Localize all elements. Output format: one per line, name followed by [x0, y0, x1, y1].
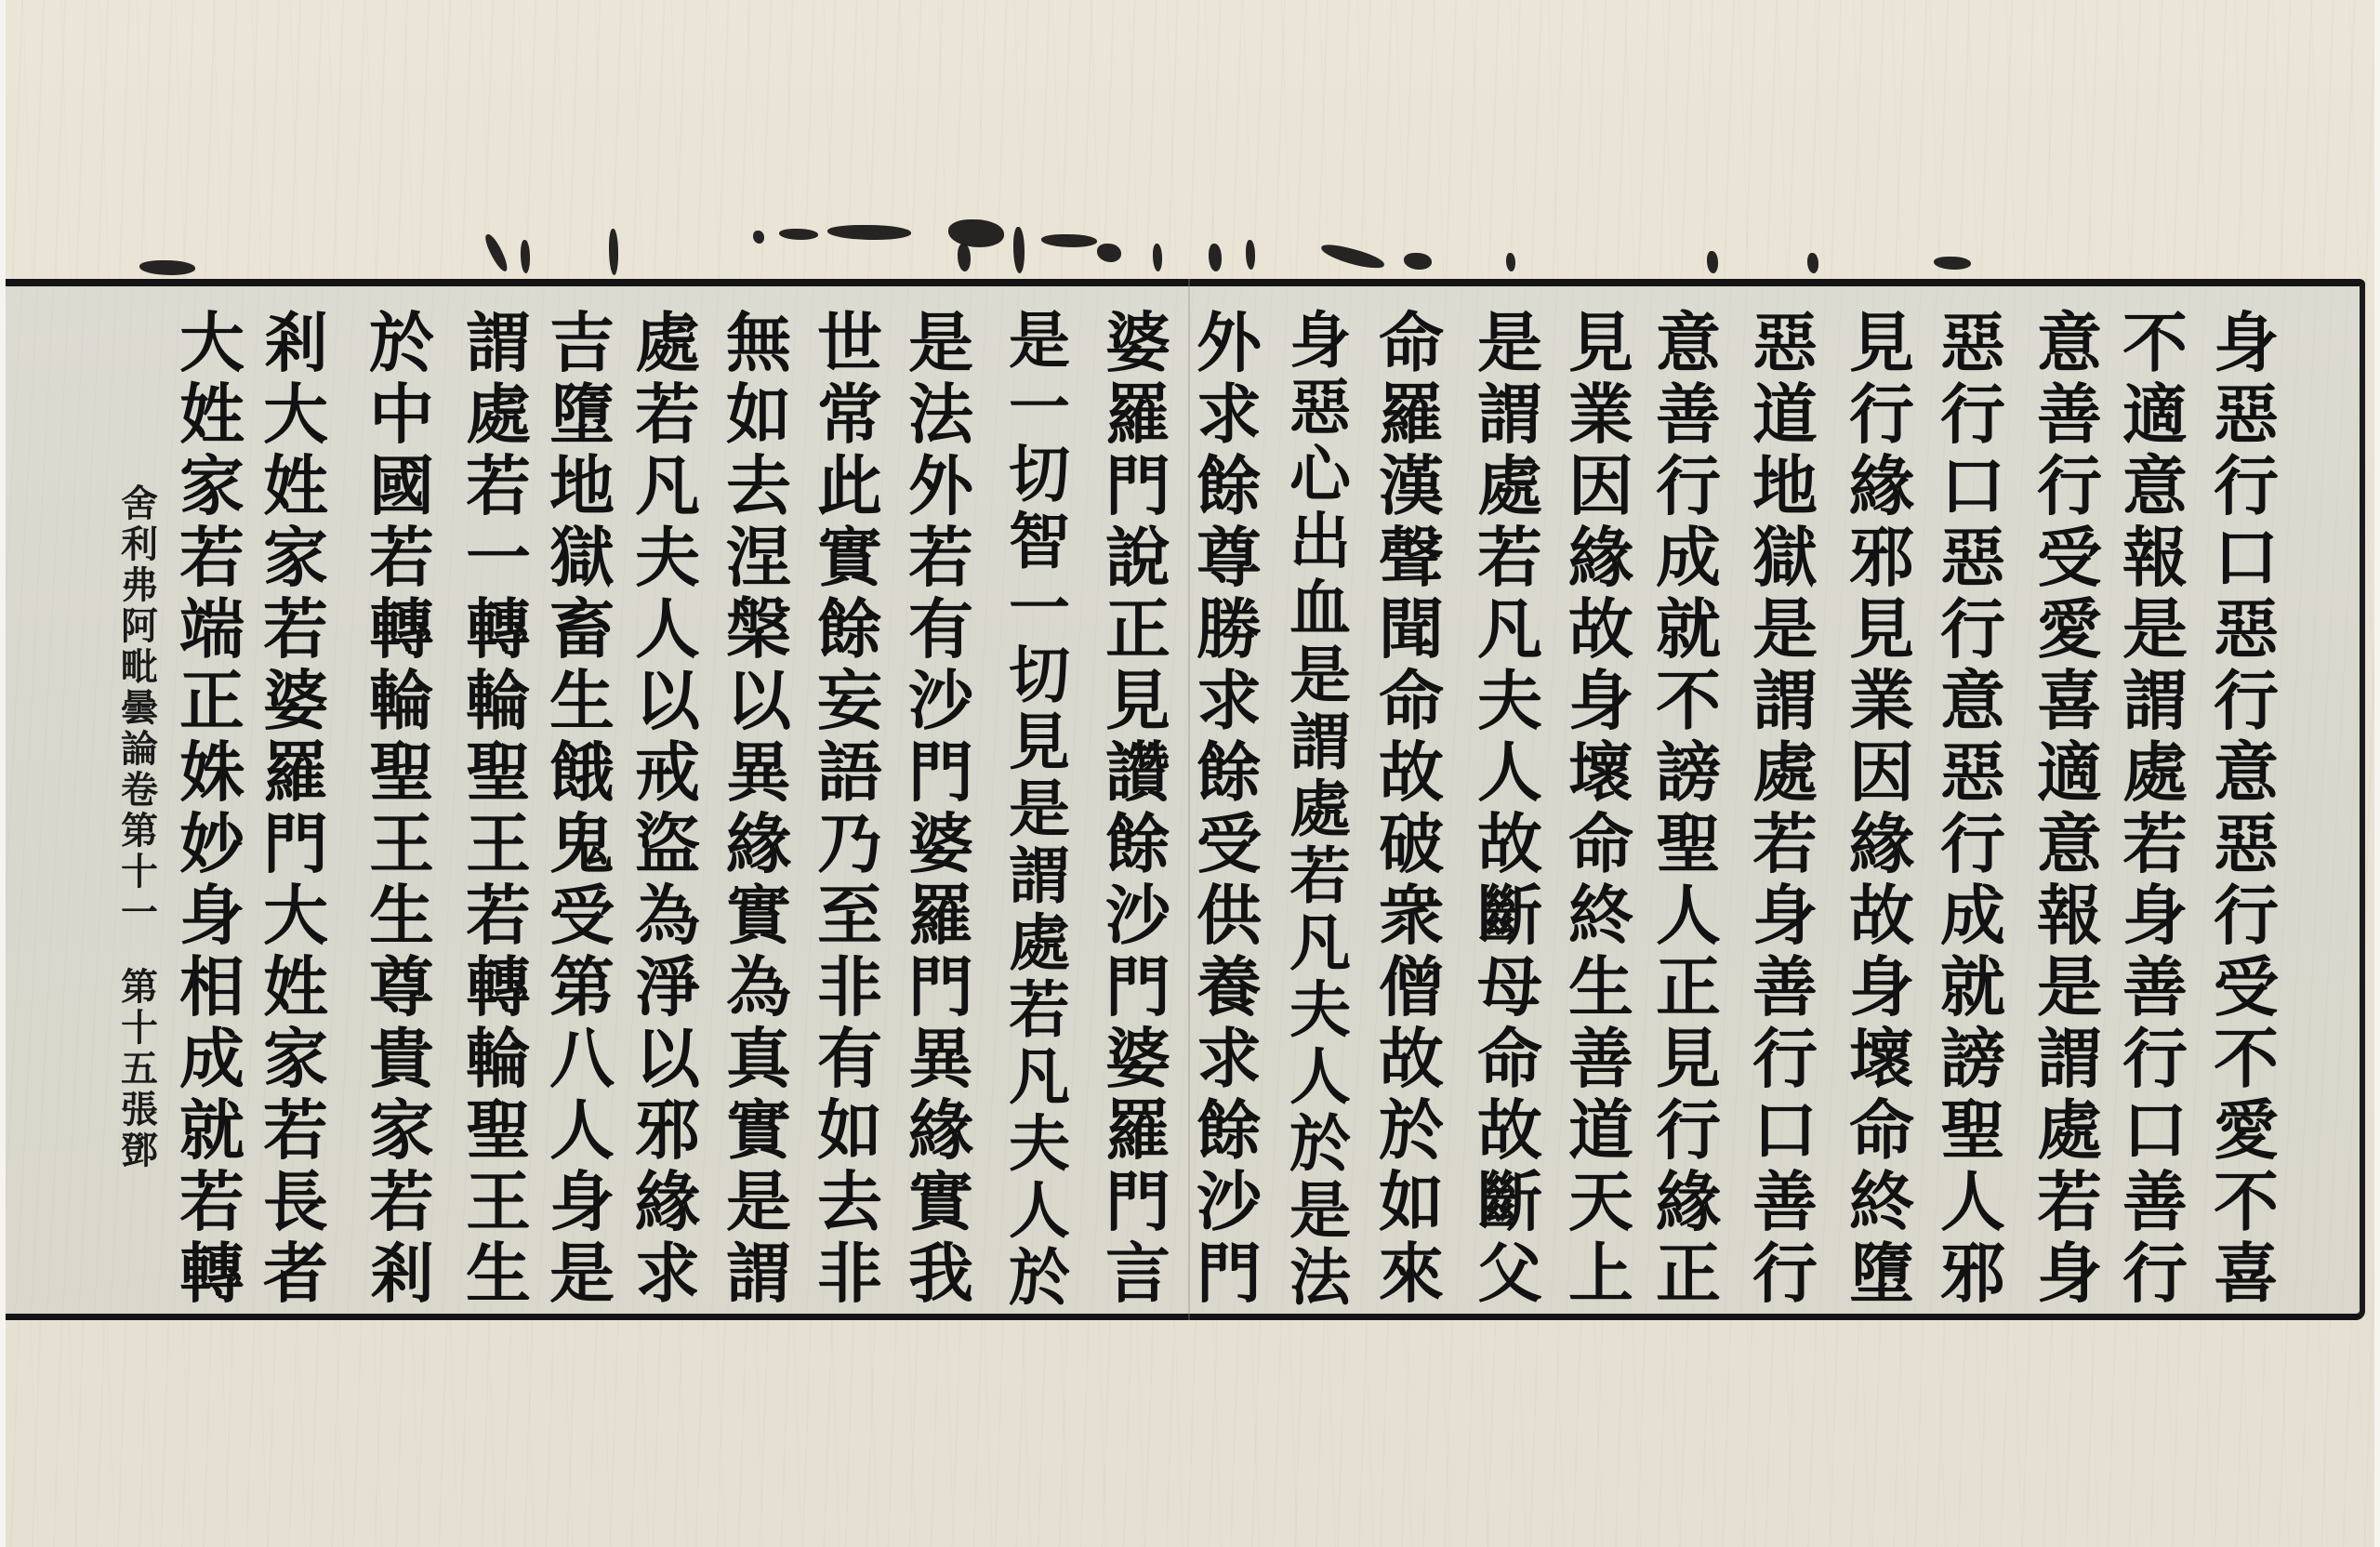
character: 羅	[263, 736, 328, 808]
ink-mark	[1506, 253, 1515, 271]
character: 聖	[466, 1094, 531, 1166]
character: 行	[1656, 1094, 1721, 1166]
character: 行	[2214, 450, 2279, 522]
character: 行	[1940, 593, 2005, 665]
character: 處	[2037, 1094, 2102, 1166]
character: 口	[1940, 450, 2005, 522]
character: 凡	[635, 450, 700, 522]
character: 人	[635, 593, 700, 665]
character: 處	[2122, 736, 2188, 808]
character: 受	[549, 879, 615, 951]
character: 婆	[263, 665, 328, 736]
character: 命	[1379, 307, 1444, 378]
character: 供	[1197, 879, 1262, 951]
ink-mark	[827, 225, 911, 240]
character: 緣	[1849, 450, 1914, 522]
character: 言	[1105, 1237, 1170, 1309]
text-column: 世常此實餘妄語乃至非有如去非	[805, 307, 894, 1316]
character: 意	[2037, 307, 2102, 378]
character: 謂	[2037, 1023, 2102, 1094]
character: 家	[263, 1023, 328, 1094]
margin-character: 第	[121, 967, 158, 1008]
character: 身	[1849, 951, 1914, 1023]
character: 不	[1656, 665, 1721, 736]
character: 一	[466, 522, 531, 593]
character: 姓	[263, 450, 328, 522]
character: 為	[726, 951, 791, 1023]
character: 謂	[2122, 665, 2188, 736]
text-column: 無如去涅槃以異緣實為真實是謂	[714, 307, 803, 1316]
character: 若	[908, 522, 973, 593]
character: 獄	[1752, 522, 1818, 593]
character: 身	[1568, 665, 1633, 736]
character: 王	[466, 808, 531, 879]
character: 善	[1752, 951, 1818, 1023]
ink-mark	[1097, 244, 1121, 262]
character: 若	[179, 1166, 245, 1237]
margin-character: 阿	[121, 606, 158, 647]
character: 意	[2122, 450, 2188, 522]
character: 一	[1009, 374, 1070, 441]
character: 善	[1752, 1166, 1818, 1237]
character: 身	[2122, 879, 2188, 951]
character: 處	[1752, 736, 1818, 808]
margin-character: 張	[121, 1090, 158, 1130]
character: 惡	[1940, 307, 2005, 378]
character: 身	[179, 879, 245, 951]
character: 吉	[549, 307, 615, 378]
character: 餘	[817, 593, 882, 665]
character: 處	[1477, 450, 1542, 522]
character: 處	[466, 378, 531, 450]
character: 是	[549, 1237, 615, 1309]
character: 實	[726, 879, 791, 951]
character: 切	[1009, 641, 1070, 708]
character: 惡	[2214, 593, 2279, 665]
character: 外	[1197, 307, 1262, 378]
text-column: 婆羅門說正見讚餘沙門婆羅門言	[1093, 307, 1183, 1316]
character: 墮	[549, 378, 615, 450]
character: 不	[2214, 1023, 2279, 1094]
character: 謂	[466, 307, 531, 378]
character: 夫	[1477, 665, 1542, 736]
text-column: 是謂處若凡夫人故斷母命故斷父	[1465, 307, 1554, 1316]
character: 非	[817, 1237, 882, 1309]
character: 是	[1289, 1177, 1351, 1244]
margin-character: 五	[121, 1049, 158, 1090]
character: 實	[726, 1094, 791, 1166]
character: 地	[549, 450, 615, 522]
character: 正	[1656, 1237, 1721, 1309]
character: 羅	[1105, 378, 1170, 450]
character: 善	[1656, 378, 1721, 450]
margin-character: 弗	[121, 565, 158, 606]
character: 餘	[1197, 1094, 1262, 1166]
character: 見	[1656, 1023, 1721, 1094]
character: 身	[549, 1166, 615, 1237]
character: 心	[1289, 441, 1351, 508]
character: 喜	[2037, 665, 2102, 736]
character: 常	[817, 378, 882, 450]
character: 以	[635, 665, 700, 736]
character: 若	[263, 593, 328, 665]
character: 實	[817, 522, 882, 593]
character: 智	[1009, 508, 1070, 575]
character: 人	[549, 1094, 615, 1166]
character: 轉	[466, 951, 531, 1023]
character: 人	[1656, 879, 1721, 951]
character: 法	[1289, 1244, 1351, 1311]
character: 家	[263, 522, 328, 593]
character: 是	[908, 307, 973, 378]
character: 口	[1752, 1094, 1818, 1166]
character: 斷	[1477, 1166, 1542, 1237]
character: 如	[1379, 1166, 1444, 1237]
character: 不	[2122, 307, 2188, 378]
text-column: 意善行成就不謗聖人正見行緣正	[1644, 307, 1733, 1316]
character: 聲	[1379, 522, 1444, 593]
character: 切	[1009, 441, 1070, 508]
character: 適	[2122, 378, 2188, 450]
text-column: 謂處若一轉輪聖王若轉輪聖王生	[454, 307, 543, 1316]
text-column: 吉墮地獄畜生餓鬼受第八人身是	[537, 307, 627, 1316]
margin-character: 曇	[121, 688, 158, 729]
character: 邪	[635, 1094, 700, 1166]
character: 於	[369, 307, 434, 378]
character: 凡	[1009, 1043, 1070, 1110]
character: 緣	[1568, 522, 1633, 593]
character: 緣	[1849, 808, 1914, 879]
ink-mark	[958, 244, 971, 271]
character: 如	[817, 1094, 882, 1166]
text-column: 見業因緣故身壞命終生善道天上	[1556, 307, 1646, 1316]
character: 門	[908, 736, 973, 808]
text-column: 是法外若有沙門婆羅門異緣實我	[896, 307, 985, 1316]
character: 若	[466, 450, 531, 522]
text-column: 是一切智一切見是謂處若凡夫人於	[995, 307, 1084, 1316]
character: 意	[2214, 736, 2279, 808]
character: 若	[263, 1094, 328, 1166]
character: 惡	[1289, 374, 1351, 441]
manuscript-page: 身惡行口惡行意惡行受不愛不喜 不適意報是謂處若身善行口善行 意善行受愛喜適意報是…	[0, 0, 2380, 1547]
character: 命	[1849, 1094, 1914, 1166]
character: 戒	[635, 736, 700, 808]
margin-carver-name: 鄧	[121, 1130, 158, 1171]
character: 處	[635, 307, 700, 378]
character: 凡	[1477, 593, 1542, 665]
character: 婆	[908, 808, 973, 879]
margin-title: 舍利弗阿毗曇論卷第十一 第十五張 鄧	[113, 483, 165, 1171]
header-ink-marks	[0, 0, 2380, 279]
character: 不	[2214, 1166, 2279, 1237]
character: 因	[1568, 450, 1633, 522]
character: 善	[2037, 378, 2102, 450]
character: 人	[1940, 1166, 2005, 1237]
character: 餘	[1105, 808, 1170, 879]
character: 姓	[179, 378, 245, 450]
character: 行	[1752, 1237, 1818, 1309]
character: 求	[1197, 665, 1262, 736]
character: 故	[1379, 736, 1444, 808]
character: 命	[1568, 808, 1633, 879]
character: 非	[817, 951, 882, 1023]
character: 命	[1477, 1023, 1542, 1094]
character: 乃	[817, 808, 882, 879]
character: 若	[2122, 808, 2188, 879]
character: 聖	[369, 736, 434, 808]
character: 喜	[2214, 1237, 2279, 1309]
character: 門	[1105, 1166, 1170, 1237]
text-column: 惡道地獄是謂處若身善行口善行	[1740, 307, 1830, 1316]
character: 報	[2122, 522, 2188, 593]
character: 輪	[466, 665, 531, 736]
character: 業	[1849, 665, 1914, 736]
character: 餘	[1197, 736, 1262, 808]
character: 大	[263, 378, 328, 450]
character: 衆	[1379, 879, 1444, 951]
character: 羅	[1105, 1094, 1170, 1166]
character: 家	[369, 1094, 434, 1166]
character: 轉	[179, 1237, 245, 1309]
ink-mark	[1041, 234, 1097, 247]
character: 處	[1009, 909, 1070, 976]
character: 僧	[1379, 951, 1444, 1023]
character: 夫	[1289, 976, 1351, 1043]
ink-mark	[1319, 242, 1386, 271]
ink-mark	[948, 219, 1004, 247]
character: 說	[1105, 522, 1170, 593]
character: 成	[179, 1023, 245, 1094]
margin-character: 鄧	[121, 1130, 158, 1171]
character: 門	[908, 951, 973, 1023]
character: 業	[1568, 378, 1633, 450]
character: 若	[369, 1166, 434, 1237]
character: 淨	[635, 951, 700, 1023]
character: 壞	[1568, 736, 1633, 808]
character: 輪	[466, 1023, 531, 1094]
ink-mark	[1246, 240, 1255, 270]
character: 門	[1197, 1237, 1262, 1309]
character: 聞	[1379, 593, 1444, 665]
character: 勝	[1197, 593, 1262, 665]
character: 行	[1849, 378, 1914, 450]
character: 來	[1379, 1237, 1444, 1309]
character: 王	[369, 808, 434, 879]
character: 行	[1940, 808, 2005, 879]
character: 聖	[466, 736, 531, 808]
character: 口	[2122, 1094, 2188, 1166]
character: 異	[908, 1023, 973, 1094]
character: 門	[1105, 450, 1170, 522]
character: 王	[466, 1166, 531, 1237]
text-column: 外求餘尊勝求餘受供養求餘沙門	[1184, 307, 1274, 1316]
character: 盜	[635, 808, 700, 879]
text-column: 見行緣邪見業因緣故身壞命終墮	[1837, 307, 1926, 1316]
character: 真	[726, 1023, 791, 1094]
character: 門	[263, 808, 328, 879]
character: 行	[2122, 1237, 2188, 1309]
character: 終	[1568, 879, 1633, 951]
character: 中	[369, 378, 434, 450]
character: 是	[1289, 641, 1351, 708]
character: 天	[1568, 1166, 1633, 1237]
character: 剎	[369, 1237, 434, 1309]
character: 若	[1289, 842, 1351, 909]
character: 行	[1940, 378, 2005, 450]
character: 求	[1197, 378, 1262, 450]
character: 緣	[908, 1094, 973, 1166]
character: 我	[908, 1237, 973, 1309]
character: 母	[1477, 951, 1542, 1023]
character: 輪	[369, 665, 434, 736]
margin-character: 十	[121, 852, 158, 892]
character: 端	[179, 593, 245, 665]
character: 行	[2037, 450, 2102, 522]
character: 凡	[1289, 909, 1351, 976]
text-column: 身惡行口惡行意惡行受不愛不喜	[2201, 307, 2291, 1316]
character: 邪	[1849, 522, 1914, 593]
character: 生	[466, 1237, 531, 1309]
character: 因	[1849, 736, 1914, 808]
character: 是	[1752, 593, 1818, 665]
character: 畜	[549, 593, 615, 665]
character: 至	[817, 879, 882, 951]
character: 國	[369, 450, 434, 522]
character: 見	[1849, 593, 1914, 665]
ink-mark	[483, 232, 509, 274]
character: 者	[263, 1237, 328, 1309]
character: 終	[1849, 1166, 1914, 1237]
character: 破	[1379, 808, 1444, 879]
character: 行	[2122, 1023, 2188, 1094]
character: 養	[1197, 951, 1262, 1023]
character: 意	[1656, 307, 1721, 378]
character: 謂	[1752, 665, 1818, 736]
character: 身	[1752, 879, 1818, 951]
character: 夫	[1009, 1110, 1070, 1177]
character: 涅	[726, 522, 791, 593]
character: 身	[1289, 307, 1351, 374]
character: 漢	[1379, 450, 1444, 522]
character: 餘	[1197, 450, 1262, 522]
character: 門	[1105, 951, 1170, 1023]
character: 謗	[1656, 736, 1721, 808]
character: 出	[1289, 508, 1351, 575]
character: 命	[1379, 665, 1444, 736]
character: 就	[1656, 593, 1721, 665]
character: 謂	[1009, 842, 1070, 909]
character: 緣	[635, 1166, 700, 1237]
character: 婆	[1105, 1023, 1170, 1094]
character: 如	[726, 378, 791, 450]
character: 善	[2122, 1166, 2188, 1237]
text-column: 惡行口惡行意惡行成就謗聖人邪	[1928, 307, 2017, 1316]
character: 鬼	[549, 808, 615, 879]
character: 行	[1656, 450, 1721, 522]
character: 轉	[369, 593, 434, 665]
character: 為	[635, 879, 700, 951]
character: 血	[1289, 575, 1351, 641]
character: 愛	[2037, 593, 2102, 665]
character: 法	[908, 378, 973, 450]
character: 報	[2037, 879, 2102, 951]
character: 生	[1568, 951, 1633, 1023]
character: 正	[1656, 951, 1721, 1023]
character: 語	[817, 736, 882, 808]
text-column: 身惡心出血是謂處若凡夫人於是法	[1276, 307, 1365, 1316]
ink-mark	[521, 240, 530, 273]
character: 八	[549, 1023, 615, 1094]
character: 相	[179, 951, 245, 1023]
character: 父	[1477, 1237, 1542, 1309]
character: 妙	[179, 808, 245, 879]
character: 是	[726, 1166, 791, 1237]
character: 謂	[1477, 378, 1542, 450]
character: 惡	[1940, 522, 2005, 593]
character: 行	[2214, 879, 2279, 951]
character: 受	[2037, 522, 2102, 593]
character: 道	[1752, 378, 1818, 450]
character: 故	[1379, 1023, 1444, 1094]
character: 獄	[549, 522, 615, 593]
character: 大	[263, 879, 328, 951]
character: 善	[2122, 951, 2188, 1023]
character: 若	[2037, 1166, 2102, 1237]
ink-mark	[1807, 253, 1818, 273]
character: 緣	[1656, 1166, 1721, 1237]
character: 就	[179, 1094, 245, 1166]
character: 善	[1568, 1023, 1633, 1094]
character: 是	[1009, 775, 1070, 842]
character: 惡	[2214, 378, 2279, 450]
character: 意	[1940, 665, 2005, 736]
character: 故	[1477, 1094, 1542, 1166]
character: 愛	[2214, 1094, 2279, 1166]
character: 人	[1477, 736, 1542, 808]
character: 婆	[1105, 307, 1170, 378]
character: 道	[1568, 1094, 1633, 1166]
character: 第	[549, 951, 615, 1023]
character: 地	[1752, 450, 1818, 522]
character: 身	[2214, 307, 2279, 378]
character: 於	[1289, 1110, 1351, 1177]
character: 外	[908, 450, 973, 522]
ink-mark	[1934, 257, 1971, 270]
character: 是	[2122, 593, 2188, 665]
character: 是	[1477, 307, 1542, 378]
text-column: 大姓家若端正姝妙身相成就若轉	[167, 307, 257, 1316]
character: 謂	[726, 1237, 791, 1309]
character: 於	[1009, 1244, 1070, 1311]
character: 生	[369, 879, 434, 951]
character: 求	[1197, 1023, 1262, 1094]
character: 以	[635, 1023, 700, 1094]
text-column: 剎大姓家若婆羅門大姓家若長者	[251, 307, 340, 1316]
character: 異	[726, 736, 791, 808]
character: 行	[1752, 1023, 1818, 1094]
text-column: 不適意報是謂處若身善行口善行	[2110, 307, 2200, 1316]
margin-character: 一	[121, 892, 158, 933]
character: 生	[549, 665, 615, 736]
character: 夫	[635, 522, 700, 593]
ink-mark	[753, 231, 764, 244]
ink-mark	[1404, 253, 1432, 270]
character: 去	[817, 1166, 882, 1237]
character: 見	[1568, 307, 1633, 378]
character: 長	[263, 1166, 328, 1237]
character: 見	[1009, 708, 1070, 775]
character: 謗	[1940, 1023, 2005, 1094]
